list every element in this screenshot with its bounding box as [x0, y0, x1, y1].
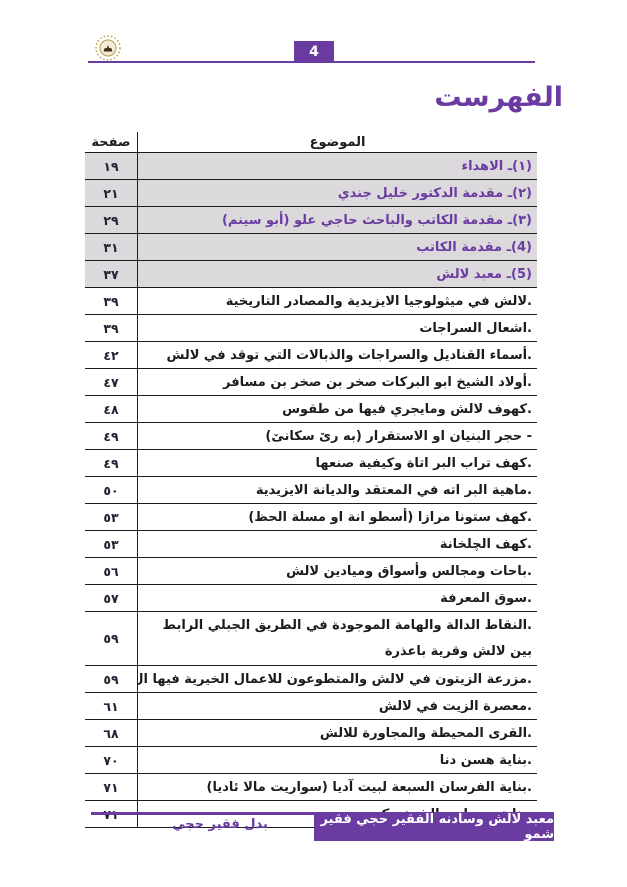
row-subject: (١)ـ الاهداء — [138, 153, 537, 179]
row-subject: (٣)ـ مقدمة الكاتب والباحث حاجي علو (أبو … — [138, 207, 537, 233]
row-subject: .سوق المعرفة — [138, 585, 537, 611]
table-row: .باحات ومجالس وأسواق وميادين لالش٥٦ — [85, 558, 537, 585]
table-row: .كهف تراب البر اتاة وكيفية صنعها٤٩ — [85, 450, 537, 477]
row-subject: .أسماء القناديل والسراجات والذبالات التي… — [138, 342, 537, 368]
row-subject: .أولاد الشيخ ابو البركات صخر بن صخر بن م… — [138, 369, 537, 395]
table-row: .بناية الفرسان السبعة لبيت آديا (سواريت … — [85, 774, 537, 801]
footer-author-name: بدل فقير حجي — [130, 817, 310, 832]
row-subject: .كهف ستونا مرازا (أسطو انة او مسلة الحظ) — [138, 504, 537, 530]
document-page: 4 الفهرست الموضوع صفحة (١)ـ الاهداء١٩(٢)… — [0, 0, 627, 887]
toc-table: الموضوع صفحة (١)ـ الاهداء١٩(٢)ـ مقدمة ال… — [85, 132, 537, 828]
table-row: - حجر البنيان او الاستقرار (به رێ سكانێ)… — [85, 423, 537, 450]
table-row: (١)ـ الاهداء١٩ — [85, 153, 537, 180]
table-row: .أولاد الشيخ ابو البركات صخر بن صخر بن م… — [85, 369, 537, 396]
row-page: ٢٩ — [85, 207, 138, 233]
row-page: ٤٩ — [85, 450, 138, 476]
table-row: .بناية هسن دنا٧٠ — [85, 747, 537, 774]
row-page: ٦٨ — [85, 720, 138, 746]
table-row: (5)ـ معبد لالش٣٧ — [85, 261, 537, 288]
table-row: .النقاط الدالة والهامة الموجودة في الطري… — [85, 612, 537, 666]
page-title: الفهرست — [434, 82, 563, 113]
footer-banner: معبد لالش وسادنه الفقير حجي فقير شمو — [314, 812, 554, 841]
row-page: ٥٧ — [85, 585, 138, 611]
row-page: ٥٣ — [85, 504, 138, 530]
row-page: ٥٩ — [85, 666, 138, 692]
row-page: ٤٢ — [85, 342, 138, 368]
table-row: .كهف ستونا مرازا (أسطو انة او مسلة الحظ)… — [85, 504, 537, 531]
table-row: (4)ـ مقدمة الكاتب٣١ — [85, 234, 537, 261]
table-row: .أسماء القناديل والسراجات والذبالات التي… — [85, 342, 537, 369]
row-subject: .مزرعة الزيتون في لالش والمتطوعون للاعما… — [138, 666, 537, 692]
page-number-badge: 4 — [294, 41, 334, 63]
row-page: ٣١ — [85, 234, 138, 260]
toc-header-page: صفحة — [85, 132, 138, 152]
table-row: .اشعال السراجات٣٩ — [85, 315, 537, 342]
toc-header-subject: الموضوع — [138, 132, 537, 152]
row-page: ١٩ — [85, 153, 138, 179]
table-row: .كهوف لالش ومايجري فيها من طقوس٤٨ — [85, 396, 537, 423]
row-page: ٤٩ — [85, 423, 138, 449]
row-subject: .كهف تراب البر اتاة وكيفية صنعها — [138, 450, 537, 476]
row-subject: .كهوف لالش ومايجري فيها من طقوس — [138, 396, 537, 422]
row-page: ٦١ — [85, 693, 138, 719]
row-subject: (٢)ـ مقدمة الدكتور خليل جندي — [138, 180, 537, 206]
table-row: (٢)ـ مقدمة الدكتور خليل جندي٢١ — [85, 180, 537, 207]
table-row: .كهف الچلخانة٥٣ — [85, 531, 537, 558]
toc-body: (١)ـ الاهداء١٩(٢)ـ مقدمة الدكتور خليل جن… — [85, 153, 537, 828]
table-row: .مزرعة الزيتون في لالش والمتطوعون للاعما… — [85, 666, 537, 693]
row-page: ٥٩ — [85, 612, 138, 665]
row-subject: - حجر البنيان او الاستقرار (به رێ سكانێ) — [138, 423, 537, 449]
row-page: ٥٣ — [85, 531, 138, 557]
row-subject: .بناية هسن دنا — [138, 747, 537, 773]
footer-banner-text: معبد لالش وسادنه الفقير حجي فقير شمو — [314, 812, 554, 842]
publisher-logo-icon — [94, 34, 122, 62]
row-subject: .لالش في ميثولوجيا الايزيدية والمصادر ال… — [138, 288, 537, 314]
table-row: .ماهية البر اته في المعتقد والديانة الاي… — [85, 477, 537, 504]
row-page: ٥٦ — [85, 558, 138, 584]
row-subject: .القرى المحيطة والمجاورة للالش — [138, 720, 537, 746]
table-row: .سوق المعرفة٥٧ — [85, 585, 537, 612]
row-page: ٧٠ — [85, 747, 138, 773]
table-row: (٣)ـ مقدمة الكاتب والباحث حاجي علو (أبو … — [85, 207, 537, 234]
table-row: .معصرة الزيت في لالش٦١ — [85, 693, 537, 720]
row-subject: .بناية الفرسان السبعة لبيت آديا (سواريت … — [138, 774, 537, 800]
row-subject: .ماهية البر اته في المعتقد والديانة الاي… — [138, 477, 537, 503]
row-subject: .باحات ومجالس وأسواق وميادين لالش — [138, 558, 537, 584]
row-subject: (4)ـ مقدمة الكاتب — [138, 234, 537, 260]
row-subject: .اشعال السراجات — [138, 315, 537, 341]
table-row: .لالش في ميثولوجيا الايزيدية والمصادر ال… — [85, 288, 537, 315]
row-page: ٤٨ — [85, 396, 138, 422]
toc-header-row: الموضوع صفحة — [85, 132, 537, 153]
row-subject: .النقاط الدالة والهامة الموجودة في الطري… — [138, 612, 537, 665]
row-page: ٧١ — [85, 774, 138, 800]
footer-rule — [91, 812, 314, 815]
row-subject: (5)ـ معبد لالش — [138, 261, 537, 287]
row-page: ٢١ — [85, 180, 138, 206]
row-subject: .معصرة الزيت في لالش — [138, 693, 537, 719]
page-number: 4 — [309, 44, 319, 60]
row-page: ٥٠ — [85, 477, 138, 503]
row-subject: .كهف الچلخانة — [138, 531, 537, 557]
row-page: ٣٩ — [85, 315, 138, 341]
row-page: ٣٧ — [85, 261, 138, 287]
row-page: ٣٩ — [85, 288, 138, 314]
row-page: ٤٧ — [85, 369, 138, 395]
table-row: .القرى المحيطة والمجاورة للالش٦٨ — [85, 720, 537, 747]
